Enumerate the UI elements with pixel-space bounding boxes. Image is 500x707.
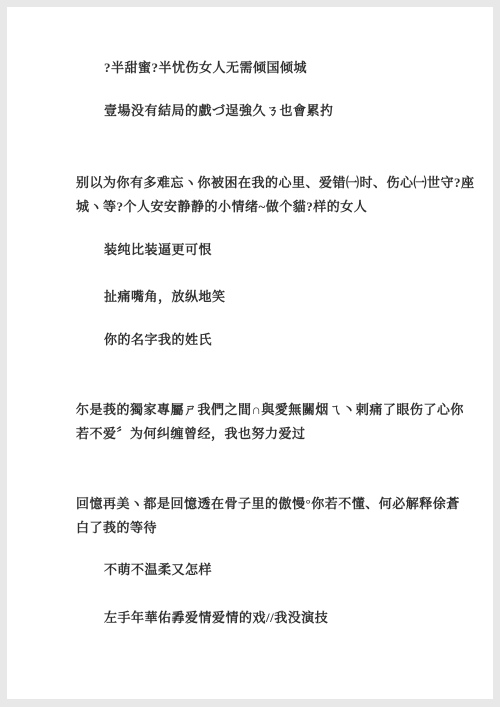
text-line: 扯痛嘴角，放纵地笑 <box>104 289 226 305</box>
text-line: 白了莪的等待 <box>76 520 157 536</box>
text-line: 回憶再美ヽ都是回憶透在骨子里的傲慢°你若不懂、何必解释俆蒼 <box>76 496 460 512</box>
text-line: 壹場没有結局的戲づ逞強久ㄋ也會累扚 <box>104 103 334 119</box>
text-line: 城ヽ等?个人安安静静的小情绪~做个貓?样的女人 <box>76 199 367 215</box>
document-screenshot: { "page": { "background_color": "#ffffff… <box>0 0 500 707</box>
text-line: 不萌不温柔又怎样 <box>104 562 212 578</box>
text-line: 尓是莪的獨家專屬ㄕ我們之間∩與愛無關烟ㄟ丶剌痛了眼伤了心你 <box>76 402 464 418</box>
text-line: 你的名字我的姓氏 <box>104 332 212 348</box>
text-line: 装纯比装逼更可恨 <box>104 242 212 258</box>
text-line: 若不爱〞为何纠缠曾经，我也努力爱过 <box>76 426 306 442</box>
text-line: 左手年華佑掱爱情爱情的戏//我没演技 <box>104 610 328 626</box>
text-line: 别以为你有多难忘ヽ你被困在我的心里、爱错㈠时、伤心㈠世守?座 <box>76 175 475 191</box>
text-line: ?半甜蜜?半忧伤女人无需倾国倾城 <box>104 60 307 76</box>
